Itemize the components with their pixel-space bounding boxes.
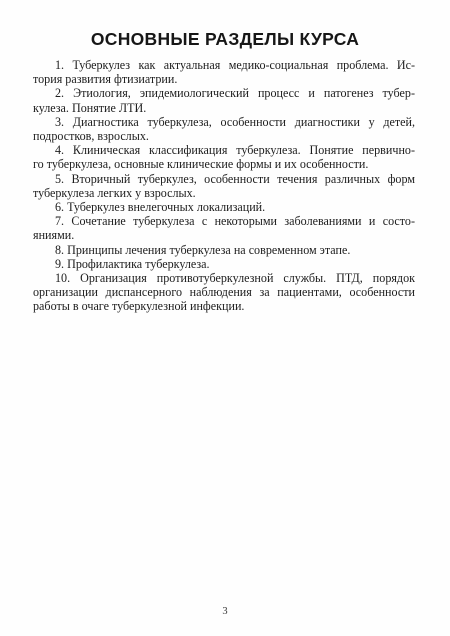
- text-line: 7. Сочетание туберкулеза с некоторыми за…: [33, 214, 415, 228]
- text-line: 9. Профилактика туберкулеза.: [33, 257, 415, 271]
- text-line: 1. Туберкулез как актуальная медико-соци…: [33, 58, 415, 72]
- text-line: работы в очаге туберкулезной инфекции.: [33, 299, 415, 313]
- page-title: ОСНОВНЫЕ РАЗДЕЛЫ КУРСА: [0, 30, 450, 48]
- text-line: 3. Диагностика туберкулеза, особенности …: [33, 115, 415, 129]
- text-line: тория развития фтизиатрии.: [33, 72, 415, 86]
- document-page: ОСНОВНЫЕ РАЗДЕЛЫ КУРСА 1. Туберкулез как…: [0, 0, 450, 636]
- text-line: 8. Принципы лечения туберкулеза на совре…: [33, 243, 415, 257]
- page-number: 3: [0, 606, 450, 617]
- text-line: подростков, взрослых.: [33, 129, 415, 143]
- text-line: 10. Организация противотуберкулезной слу…: [33, 271, 415, 285]
- text-line: яниями.: [33, 228, 415, 242]
- text-line: 6. Туберкулез внелегочных локализаций.: [33, 200, 415, 214]
- text-line: кулеза. Понятие ЛТИ.: [33, 101, 415, 115]
- text-line: 5. Вторичный туберкулез, особенности теч…: [33, 172, 415, 186]
- course-sections-text: 1. Туберкулез как актуальная медико-соци…: [33, 58, 415, 314]
- text-line: организации диспансерного наблюдения за …: [33, 285, 415, 299]
- text-line: туберкулеза легких у взрослых.: [33, 186, 415, 200]
- text-line: 4. Клиническая классификация туберкулеза…: [33, 143, 415, 157]
- text-line: 2. Этиология, эпидемиологический процесс…: [33, 86, 415, 100]
- text-line: го туберкулеза, основные клинические фор…: [33, 157, 415, 171]
